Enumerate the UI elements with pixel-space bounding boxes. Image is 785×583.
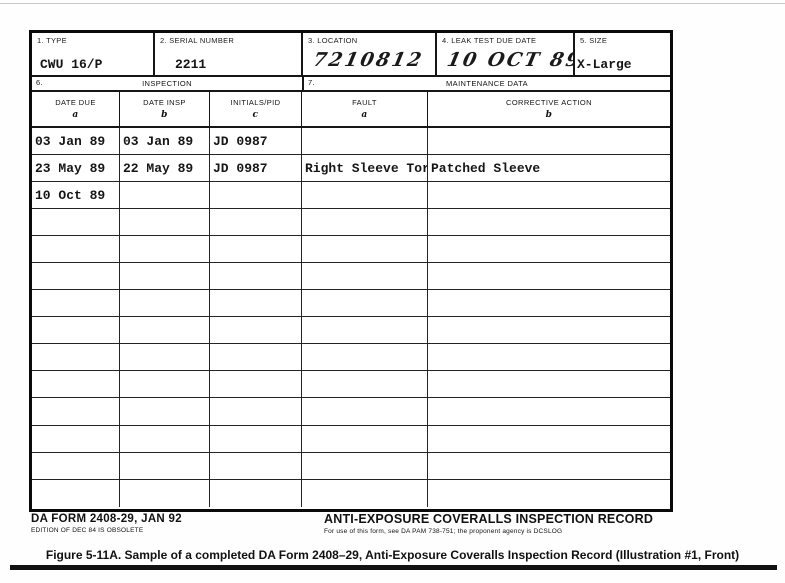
table-cell	[120, 290, 210, 316]
table-cell	[120, 398, 210, 424]
table-cell	[120, 236, 210, 262]
table-cell	[302, 128, 428, 154]
table-cell	[120, 263, 210, 289]
table-cell	[428, 236, 670, 262]
field-serial-number-label: 2. SERIAL NUMBER	[160, 36, 297, 45]
field-leak-test-due-date: 4. LEAK TEST DUE DATE 10 OCT 89	[437, 33, 575, 75]
form-number: DA FORM 2408-29, JAN 92	[31, 513, 321, 525]
column-header-corrective-action: CORRECTIVE ACTIONb	[428, 92, 670, 126]
table-cell	[32, 344, 120, 370]
form-usage-note: For use of this form, see DA PAM 738-751…	[324, 528, 664, 535]
table-cell: 10 Oct 89	[32, 182, 120, 208]
table-cell	[210, 344, 302, 370]
table-cell	[210, 453, 302, 479]
table-cell	[302, 317, 428, 343]
table-row	[32, 209, 670, 236]
table-cell	[302, 480, 428, 507]
table-cell	[210, 480, 302, 507]
table-cell	[302, 236, 428, 262]
form-footer-right: ANTI-EXPOSURE COVERALLS INSPECTION RECOR…	[324, 512, 664, 535]
table-cell	[302, 371, 428, 397]
table-cell	[428, 398, 670, 424]
field-size: 5. SIZE X-Large	[575, 33, 670, 75]
field-location: 3. LOCATION 7210812	[303, 33, 437, 75]
table-row	[32, 317, 670, 344]
column-subletter: b	[120, 110, 209, 120]
column-header-date-due: DATE DUEa	[32, 92, 120, 126]
table-cell	[32, 209, 120, 235]
table-row	[32, 453, 670, 480]
table-cell	[120, 480, 210, 507]
table-cell	[428, 182, 670, 208]
table-cell	[210, 290, 302, 316]
table-cell: Patched Sleeve	[428, 155, 670, 181]
table-cell	[428, 453, 670, 479]
table-cell	[210, 398, 302, 424]
section-maintenance-data-number: 7.	[308, 78, 315, 87]
table-cell	[210, 426, 302, 452]
table-cell	[32, 398, 120, 424]
column-header-initials-pid: INITIALS/PIDc	[210, 92, 302, 126]
table-cell	[210, 209, 302, 235]
table-cell: JD 0987	[210, 128, 302, 154]
section-inspection-title: INSPECTION	[142, 79, 192, 88]
field-serial-number: 2. SERIAL NUMBER 2211	[155, 33, 303, 75]
page-bottom-rule	[10, 565, 777, 570]
page-top-rule	[0, 3, 785, 4]
table-cell	[302, 290, 428, 316]
table-cell	[302, 453, 428, 479]
table-row	[32, 344, 670, 371]
table-cell	[428, 290, 670, 316]
edition-note: EDITION OF DEC 84 IS OBSOLETE	[31, 527, 321, 534]
table-row	[32, 290, 670, 317]
column-subletter: b	[428, 110, 670, 120]
table-cell	[302, 209, 428, 235]
table-cell	[32, 236, 120, 262]
table-cell	[120, 453, 210, 479]
table-row	[32, 480, 670, 507]
table-cell: 23 May 89	[32, 155, 120, 181]
field-type-value: CWU 16/P	[40, 57, 102, 72]
table-cell	[302, 398, 428, 424]
field-type: 1. TYPE CWU 16/P	[32, 33, 155, 75]
table-cell	[428, 426, 670, 452]
table-row	[32, 263, 670, 290]
column-header-row: DATE DUEa DATE INSPb INITIALS/PIDc FAULT…	[32, 92, 670, 128]
table-row	[32, 371, 670, 398]
field-leak-test-due-date-label: 4. LEAK TEST DUE DATE	[442, 36, 569, 45]
table-row: 10 Oct 89	[32, 182, 670, 209]
table-cell	[428, 317, 670, 343]
table-cell	[32, 371, 120, 397]
table-cell	[32, 453, 120, 479]
table-cell	[428, 480, 670, 507]
table-cell	[428, 128, 670, 154]
table-cell	[32, 426, 120, 452]
table-cell	[428, 371, 670, 397]
table-cell	[120, 371, 210, 397]
table-row	[32, 426, 670, 453]
table-cell: JD 0987	[210, 155, 302, 181]
table-cell	[32, 317, 120, 343]
column-header-fault: FAULTa	[302, 92, 428, 126]
table-row	[32, 398, 670, 425]
table-cell	[120, 344, 210, 370]
table-cell	[428, 263, 670, 289]
field-size-value: X-Large	[577, 57, 632, 72]
table-cell	[302, 344, 428, 370]
table-cell	[120, 426, 210, 452]
section-inspection: 6. INSPECTION	[32, 77, 304, 90]
table-row: 23 May 8922 May 89JD 0987Right Sleeve To…	[32, 155, 670, 182]
da-form-2408-29: 1. TYPE CWU 16/P 2. SERIAL NUMBER 2211 3…	[29, 30, 673, 512]
table-cell	[302, 263, 428, 289]
field-leak-test-due-date-value: 10 OCT 89	[445, 49, 575, 71]
table-row: 03 Jan 8903 Jan 89JD 0987	[32, 128, 670, 155]
field-location-label: 3. LOCATION	[308, 36, 431, 45]
scanned-document-page: 1. TYPE CWU 16/P 2. SERIAL NUMBER 2211 3…	[0, 0, 785, 583]
table-cell	[32, 263, 120, 289]
column-subletter: a	[302, 110, 427, 120]
section-maintenance-data: 7. MAINTENANCE DATA	[304, 77, 670, 90]
table-cell	[210, 317, 302, 343]
table-cell	[32, 480, 120, 507]
table-cell: 03 Jan 89	[120, 128, 210, 154]
table-cell	[210, 263, 302, 289]
table-cell	[428, 209, 670, 235]
field-type-label: 1. TYPE	[37, 36, 149, 45]
identification-fields-row: 1. TYPE CWU 16/P 2. SERIAL NUMBER 2211 3…	[32, 33, 670, 77]
table-cell	[302, 182, 428, 208]
field-serial-number-value: 2211	[175, 57, 206, 72]
section-maintenance-data-title: MAINTENANCE DATA	[446, 79, 528, 88]
figure-caption: Figure 5-11A. Sample of a completed DA F…	[0, 548, 785, 562]
column-header-date-insp: DATE INSPb	[120, 92, 210, 126]
table-cell	[210, 236, 302, 262]
table-cell	[210, 371, 302, 397]
column-subletter: c	[210, 110, 301, 120]
table-cell: 22 May 89	[120, 155, 210, 181]
table-cell	[428, 344, 670, 370]
field-size-label: 5. SIZE	[580, 36, 666, 45]
table-cell: Right Sleeve Torn	[302, 155, 428, 181]
table-cell	[302, 426, 428, 452]
table-cell	[120, 182, 210, 208]
table-cell	[32, 290, 120, 316]
table-cell	[210, 182, 302, 208]
inspection-table-body: 03 Jan 8903 Jan 89JD 098723 May 8922 May…	[32, 128, 670, 507]
column-subletter: a	[32, 110, 119, 120]
form-footer-left: DA FORM 2408-29, JAN 92 EDITION OF DEC 8…	[31, 513, 321, 534]
table-cell	[120, 317, 210, 343]
form-title: ANTI-EXPOSURE COVERALLS INSPECTION RECOR…	[324, 512, 664, 526]
section-header-row: 6. INSPECTION 7. MAINTENANCE DATA	[32, 77, 670, 92]
table-cell: 03 Jan 89	[32, 128, 120, 154]
table-cell	[120, 209, 210, 235]
field-location-value: 7210812	[311, 49, 426, 71]
section-inspection-number: 6.	[36, 78, 43, 87]
table-row	[32, 236, 670, 263]
